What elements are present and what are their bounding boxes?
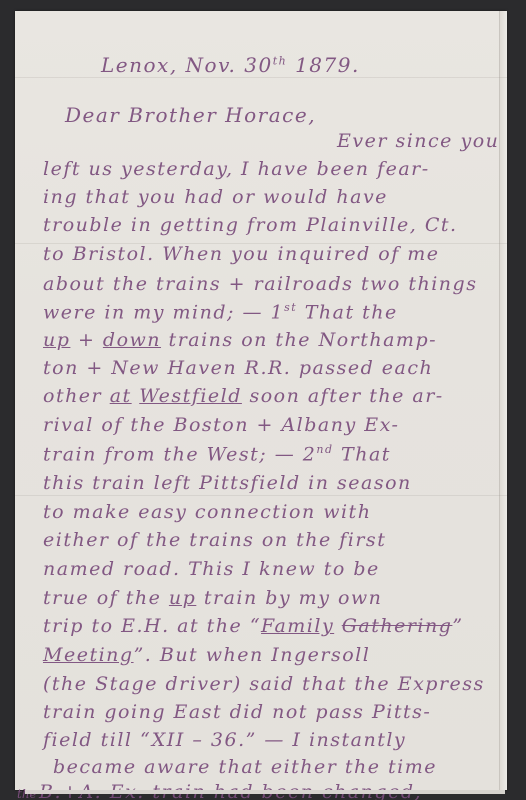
underlined-word: at [110,385,132,407]
letter-line: to make easy connection with [43,501,371,523]
dateline-place: Lenox, [101,53,178,77]
letter-line: either of the trains on the first [43,529,386,551]
text-segment: 2 [303,443,317,465]
ordinal-suffix: nd [316,443,333,456]
text-segment: trip to E.H. at the “ [43,615,261,637]
text-segment: 1 [271,301,285,323]
underlined-word: Meeting [43,644,134,666]
letter-line: became aware that either the time [53,756,437,778]
text-segment: other [43,385,110,407]
letter-line: train going East did not pass Pitts- [43,701,431,723]
paper-edge [499,11,507,790]
text-segment: ” [452,615,463,637]
letter-line: (the Stage driver) said that the Express [43,673,485,695]
struck-word: Gathering [342,615,453,637]
letter-line: ing that you had or would have [43,186,388,208]
letter-line: named road. This I knew to be [43,558,380,580]
text-segment: That [334,443,391,465]
letter-line: Meeting”. But when Ingersoll [43,644,370,666]
dateline-date: Nov. 30 [186,53,273,77]
underlined-word: Westfield [139,385,242,407]
salutation: Dear Brother Horace, [65,103,316,127]
letter-line: field till “XII – 36.” — I instantly [43,729,406,751]
ordinal-suffix: st [284,301,297,314]
text-segment [334,615,342,637]
dateline-year: 1879. [295,53,360,77]
letter-line: train from the West; — 2nd That [43,443,391,465]
letter-line: ton + New Haven R.R. passed each [43,357,433,379]
underlined-word: Family [261,615,334,637]
text-segment: train by my own [196,587,382,609]
text-segment: trains on the Northamp- [161,329,437,351]
text-segment: soon after the ar- [242,385,444,407]
letter-line: true of the up train by my own [43,587,382,609]
underlined-word: down [103,329,161,351]
text-segment: ”. But when Ingersoll [134,644,371,666]
letter-line: trip to E.H. at the “Family Gathering” [43,615,464,637]
letter-line: up + down trains on the Northamp- [43,329,437,351]
letter-line: this train left Pittsfield in season [43,472,412,494]
letter-line: other at Westfield soon after the ar- [43,385,444,407]
letter-line: about the trains + railroads two things [43,273,477,295]
letter-line: Ever since you [337,130,499,152]
text-segment: true of the [43,587,169,609]
text-segment: train from the West; — [43,443,303,465]
fold-crease [15,77,507,78]
letter-line: left us yesterday, I have been fear- [43,158,430,180]
text-segment: were in my mind; — [43,301,271,323]
letter-line: were in my mind; — 1st That the [43,301,398,323]
underlying-page-edge [25,790,505,794]
text-segment: + [70,329,103,351]
dateline: Lenox, Nov. 30th 1879. [101,53,360,77]
underlined-word: up [43,329,70,351]
letter-line: rival of the Boston + Albany Ex- [43,414,399,436]
letter-line: trouble in getting from Plainville, Ct. [43,214,458,236]
fold-crease [15,495,507,496]
text-segment: That the [297,301,398,323]
letter-page: Lenox, Nov. 30th 1879. Dear Brother Hora… [15,11,507,790]
date-suffix: th [273,54,288,67]
underlined-word: up [169,587,196,609]
letter-line: to Bristol. When you inquired of me [43,243,440,265]
